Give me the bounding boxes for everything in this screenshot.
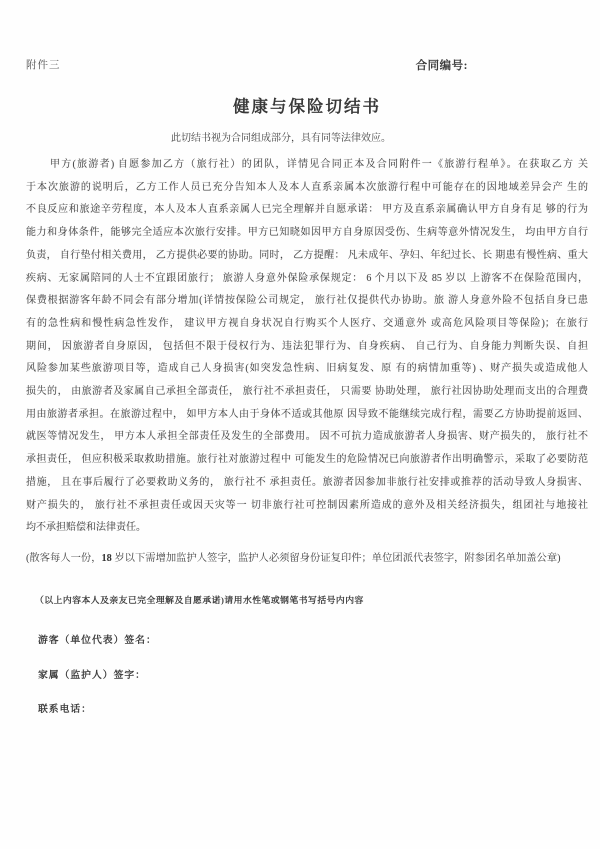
body-line: 甲方(旅游者) 自愿参加乙方（旅行社）的团队，详情见合同正本及合同附件一《旅游行… [26,154,588,177]
document-page: 附件三 合同编号: 健康与保险切结书 此切结书视为合同组成部分，具有同等法律效应… [0,0,600,849]
body-line: 保费根据游客年龄不同会有部分增加(详情按保险公司规定， 旅行社仅提供代办协助。旅… [26,290,588,313]
body-line: 均不承担赔偿和法律责任。 [26,517,588,540]
body-line: 承担责任， 但应积极采取救助措施。旅行社对旅游过程中 可能发生的危险情况已向旅游… [26,449,588,472]
body-line: 用由旅游者承担。在旅游过程中， 如甲方本人由于身体不适或其他原 因导致不能继续完… [26,404,588,427]
body-line: 能力和身体条件，能够完全适应本次旅行安排。甲方已知晓如因甲方自身原因受伤、生病等… [26,222,588,245]
document-title: 健康与保险切结书 [26,97,588,117]
individual-traveler-note-prefix: (散客每人一份， [26,553,102,564]
body-line: 负责， 自行垫付相关费用， 乙方提供必要的协助。同时， 乙方提醒： 凡未成年、孕… [26,245,588,268]
document-header: 附件三 合同编号: [26,57,588,73]
body-paragraph: 甲方(旅游者) 自愿参加乙方（旅行社）的团队，详情见合同正本及合同附件一《旅游行… [26,154,588,540]
body-line: 措施， 且在事后履行了必要救助义务的， 旅行社不 承担责任。旅游者因参加非旅行社… [26,472,588,495]
body-line: 损失的， 由旅游者及家属自己承担全部责任， 旅行社不承担责任， 只需要 协助处理… [26,381,588,404]
signature-line-phone: 联系电话： [26,703,588,716]
body-line: 风险参加某些旅游项目等，造成自己人身损害(如突发急性病、旧病复发、原 有的病情加… [26,358,588,381]
individual-traveler-note: (散客每人一份，18 岁以下需增加监护人签字，监护人必须留身份证复印件；单位团派… [26,552,588,566]
body-line: 期间， 因旅游者自身原因， 包括但不限于侵权行为、违法犯罪行为、自身疾病、 自己… [26,336,588,359]
signature-line-tourist: 游客（单位代表）签名： [26,634,588,647]
body-line: 有的急性病和慢性病急性发作， 建议甲方视自身状况自行购买个人医疗、交通意外 或高… [26,313,588,336]
individual-traveler-note-suffix: 岁以下需增加监护人签字，监护人必须留身份证复印件；单位团派代表签字，附参团名单加… [112,553,561,564]
body-line: 于本次旅游的说明后，乙方工作人员已充分告知本人及本人直系亲属本次旅游行程中可能存… [26,177,588,200]
minimum-age-value: 18 [102,553,112,564]
pen-instruction-note: （以上内容本人及亲友已完全理解及自愿承诺)请用水性笔或钢笔书写括号内内容 [26,594,588,606]
document-subtitle: 此切结书视为合同组成部分，具有同等法律效应。 [26,132,588,146]
body-line: 不良反应和旅途辛劳程度，本人及本人直系亲属人已完全理解并自愿承诺： 甲方及直系亲… [26,199,588,222]
body-line: 财产损失的， 旅行社不承担责任或因天灾等一 切非旅行社可控制因素所造成的意外及相… [26,495,588,518]
signature-line-guardian: 家属（监护人）签字： [26,669,588,682]
body-line: 疾病、无家属陪同的人士不宜跟团旅行； 旅游人身意外保险承保规定： 6 个月以下及… [26,268,588,291]
attachment-label: 附件三 [26,57,61,72]
contract-number-label: 合同编号: [416,57,468,73]
body-line: 就医等情况发生， 甲方本人承担全部责任及发生的全部费用。 因不可抗力造成旅游者人… [26,426,588,449]
